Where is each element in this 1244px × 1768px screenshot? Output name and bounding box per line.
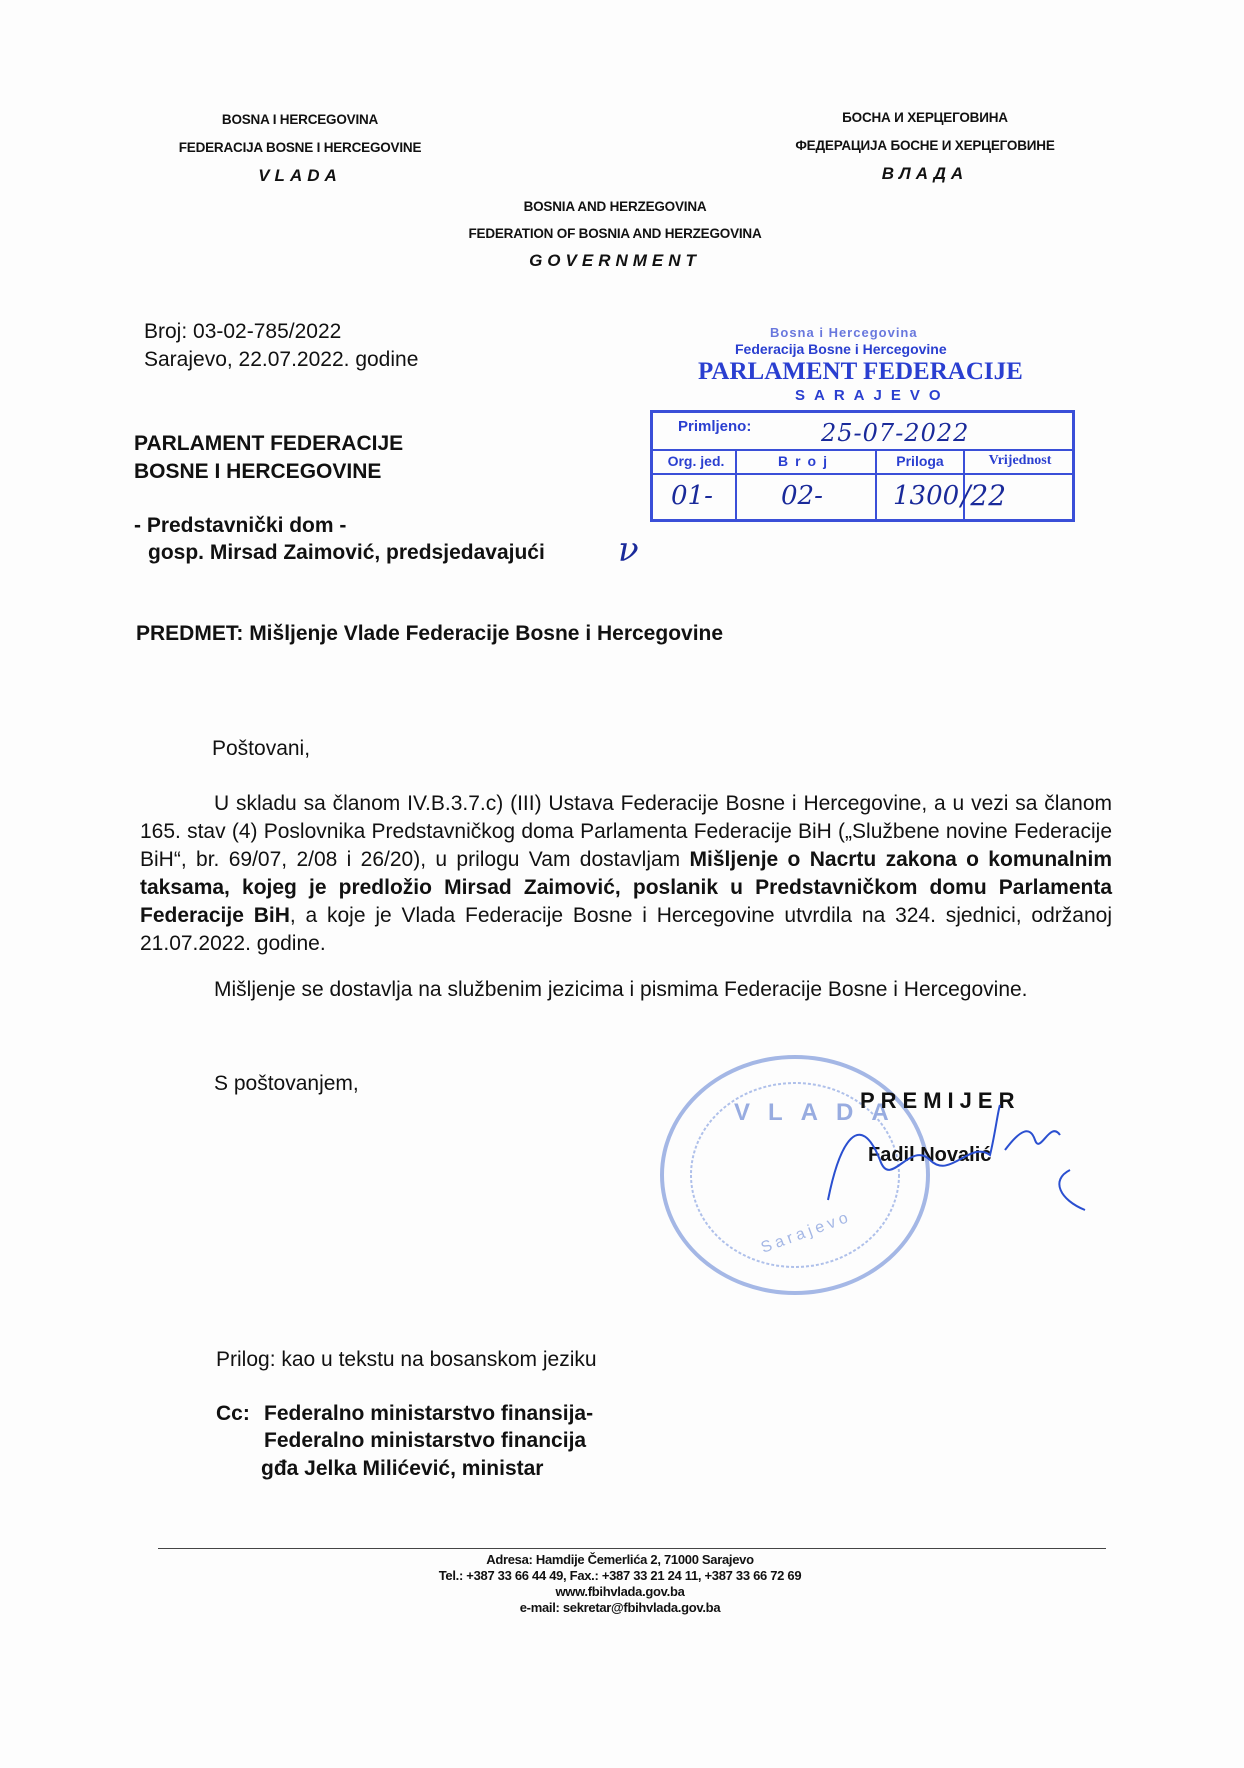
footer-phone: Tel.: +387 33 66 44 49, Fax.: +387 33 21…: [340, 1568, 900, 1584]
letterhead-right-line2: ФЕДЕРАЦИЈА БОСНЕ И ХЕРЦЕГОВИНЕ: [760, 138, 1090, 153]
stamp-line3: PARLAMENT FEDERACIJE: [698, 358, 1023, 386]
received-stamp-box: Primljeno: 25-07-2022 Org. jed. Broj Pri…: [650, 410, 1075, 522]
recipient-line2: BOSNE I HERCEGOVINE: [134, 458, 381, 486]
footer-email[interactable]: e-mail: sekretar@fbihvlada.gov.ba: [340, 1600, 900, 1616]
recipient-line3: - Predstavnički dom -: [134, 512, 346, 540]
subject-text: Mišljenje Vlade Federacije Bosne i Herce…: [249, 622, 723, 645]
stamp-line1: Bosna i Hercegovina: [770, 325, 918, 340]
recipient-line4: gosp. Mirsad Zaimović, predsjedavajući: [148, 539, 545, 567]
stamp-line2: Federacija Bosne i Hercegovine: [735, 341, 947, 357]
letterhead-left-line3: VLADA: [130, 166, 470, 186]
stamp-col-broj: Broj: [737, 453, 875, 469]
footer-web[interactable]: www.fbihvlada.gov.ba: [340, 1584, 900, 1600]
stamp-line4: SARAJEVO: [795, 387, 950, 404]
footer-divider: [158, 1548, 1106, 1549]
paraph-mark: ν: [618, 530, 639, 570]
letterhead-center-line3: GOVERNMENT: [420, 251, 810, 271]
stamp-col-priloga: Priloga: [877, 453, 963, 469]
closing: S poštovanjem,: [214, 1070, 359, 1098]
salutation: Poštovani,: [212, 735, 310, 763]
stamp-value-priloga: 1300: [893, 481, 959, 511]
letterhead-right-line3: ВЛАДА: [760, 164, 1090, 184]
cc-line1: Federalno ministarstvo finansija-: [264, 1400, 593, 1428]
cc-label: Cc:: [216, 1400, 250, 1428]
attachment-note: Prilog: kao u tekstu na bosanskom jeziku: [216, 1346, 597, 1374]
reference-number: Broj: 03-02-785/2022: [144, 318, 341, 346]
letterhead-left-line1: BOSNA I HERCEGOVINA: [130, 112, 470, 127]
stamp-col-org: Org. jed.: [657, 453, 735, 469]
subject-label: PREDMET:: [136, 622, 243, 645]
reference-place-date: Sarajevo, 22.07.2022. godine: [144, 346, 418, 374]
recipient-line1: PARLAMENT FEDERACIJE: [134, 430, 403, 458]
footer-address: Adresa: Hamdije Čemerlića 2, 71000 Saraj…: [340, 1552, 900, 1568]
letterhead-right-line1: БОСНА И ХЕРЦЕГОВИНА: [760, 110, 1090, 125]
stamp-value-org: 01-: [671, 481, 713, 511]
paragraph-1: U skladu sa članom IV.B.3.7.c) (III) Ust…: [140, 790, 1112, 958]
paragraph-2-text: Mišljenje se dostavlja na službenim jezi…: [214, 978, 1028, 1001]
stamp-col-vrijednost: Vrijednost: [965, 453, 1075, 469]
letterhead-center-line2: FEDERATION OF BOSNIA AND HERZEGOVINA: [420, 226, 810, 241]
handwritten-signature-icon: [820, 1100, 1100, 1220]
stamp-value-year: /22: [961, 479, 1006, 512]
stamp-received-date: 25-07-2022: [821, 419, 969, 447]
stamp-received-label: Primljeno:: [678, 418, 751, 435]
cc-line3: gđa Jelka Milićević, ministar: [261, 1455, 543, 1483]
letterhead-left-line2: FEDERACIJA BOSNE I HERCEGOVINE: [130, 140, 470, 155]
letterhead-center-line1: BOSNIA AND HERZEGOVINA: [420, 199, 810, 214]
cc-line2: Federalno ministarstvo financija: [264, 1427, 586, 1455]
stamp-value-broj: 02-: [781, 481, 823, 511]
subject: PREDMET: Mišljenje Vlade Federacije Bosn…: [136, 620, 723, 648]
paragraph-2: Mišljenje se dostavlja na službenim jezi…: [140, 976, 1112, 1004]
